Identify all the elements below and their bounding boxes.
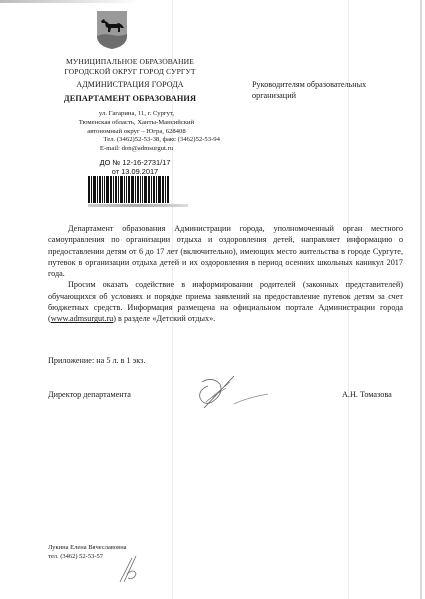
address-line: E-mail: don@admsurgut.ru	[45, 145, 220, 154]
scan-artifact	[0, 0, 140, 3]
admsurgut-link[interactable]: www.admsurgut.ru	[51, 314, 114, 323]
scan-edge	[420, 0, 422, 599]
executor-info: Лукина Елена Вячеславовна тел. (3462) 52…	[48, 544, 127, 561]
surgut-coat-of-arms-icon	[96, 10, 128, 50]
executor-initials-icon	[118, 554, 140, 584]
address-line: Тел. (3462)52-53-38, факс (3462)52-53-94	[45, 136, 220, 145]
letterhead-department: ДЕПАРТАМЕНТ ОБРАЗОВАНИЯ	[45, 94, 215, 103]
signatory-role: Директор департамента	[48, 390, 131, 399]
letterhead-address: ул. Гагарина, 11, г. Сургут, Тюменская о…	[45, 110, 220, 154]
body-paragraph-1: Департамент образования Администрации го…	[48, 223, 403, 279]
executor-name: Лукина Елена Вячеславовна	[48, 544, 127, 553]
address-line: Тюменская область, Ханты-Мансийский	[45, 119, 220, 128]
body-paragraph-2: Просим оказать содействие в информирован…	[48, 279, 403, 324]
signatory-name: А.Н. Томазова	[342, 390, 392, 399]
executor-phone: тел. (3462) 52-53-57	[48, 553, 127, 562]
letterhead-line-1: МУНИЦИПАЛЬНОЕ ОБРАЗОВАНИЕ	[45, 57, 215, 66]
registration-date: от 13.09.2017	[90, 167, 180, 176]
paragraph-text: ) в разделе «Детский отдых».	[113, 314, 215, 323]
barcode	[88, 176, 180, 203]
registration-stamp: ДО № 12-16-2731/17 от 13.09.2017	[90, 158, 180, 176]
letter-body: Департамент образования Администрации го…	[48, 223, 403, 325]
registration-number: ДО № 12-16-2731/17	[100, 158, 171, 167]
attachment-note: Приложение: на 5 л. в 1 экз.	[48, 356, 145, 365]
letterhead-line-2: ГОРОДСКОЙ ОКРУГ ГОРОД СУРГУТ	[45, 67, 215, 76]
address-line: ул. Гагарина, 11, г. Сургут,	[45, 110, 220, 119]
scan-artifact	[88, 204, 188, 207]
handwritten-signature-icon	[190, 372, 270, 412]
addressee: Руководителям образовательных организаци…	[252, 79, 412, 101]
letterhead-line-3: АДМИНИСТРАЦИЯ ГОРОДА	[45, 80, 215, 89]
address-line: автономный округ – Югра, 628408	[45, 128, 220, 137]
